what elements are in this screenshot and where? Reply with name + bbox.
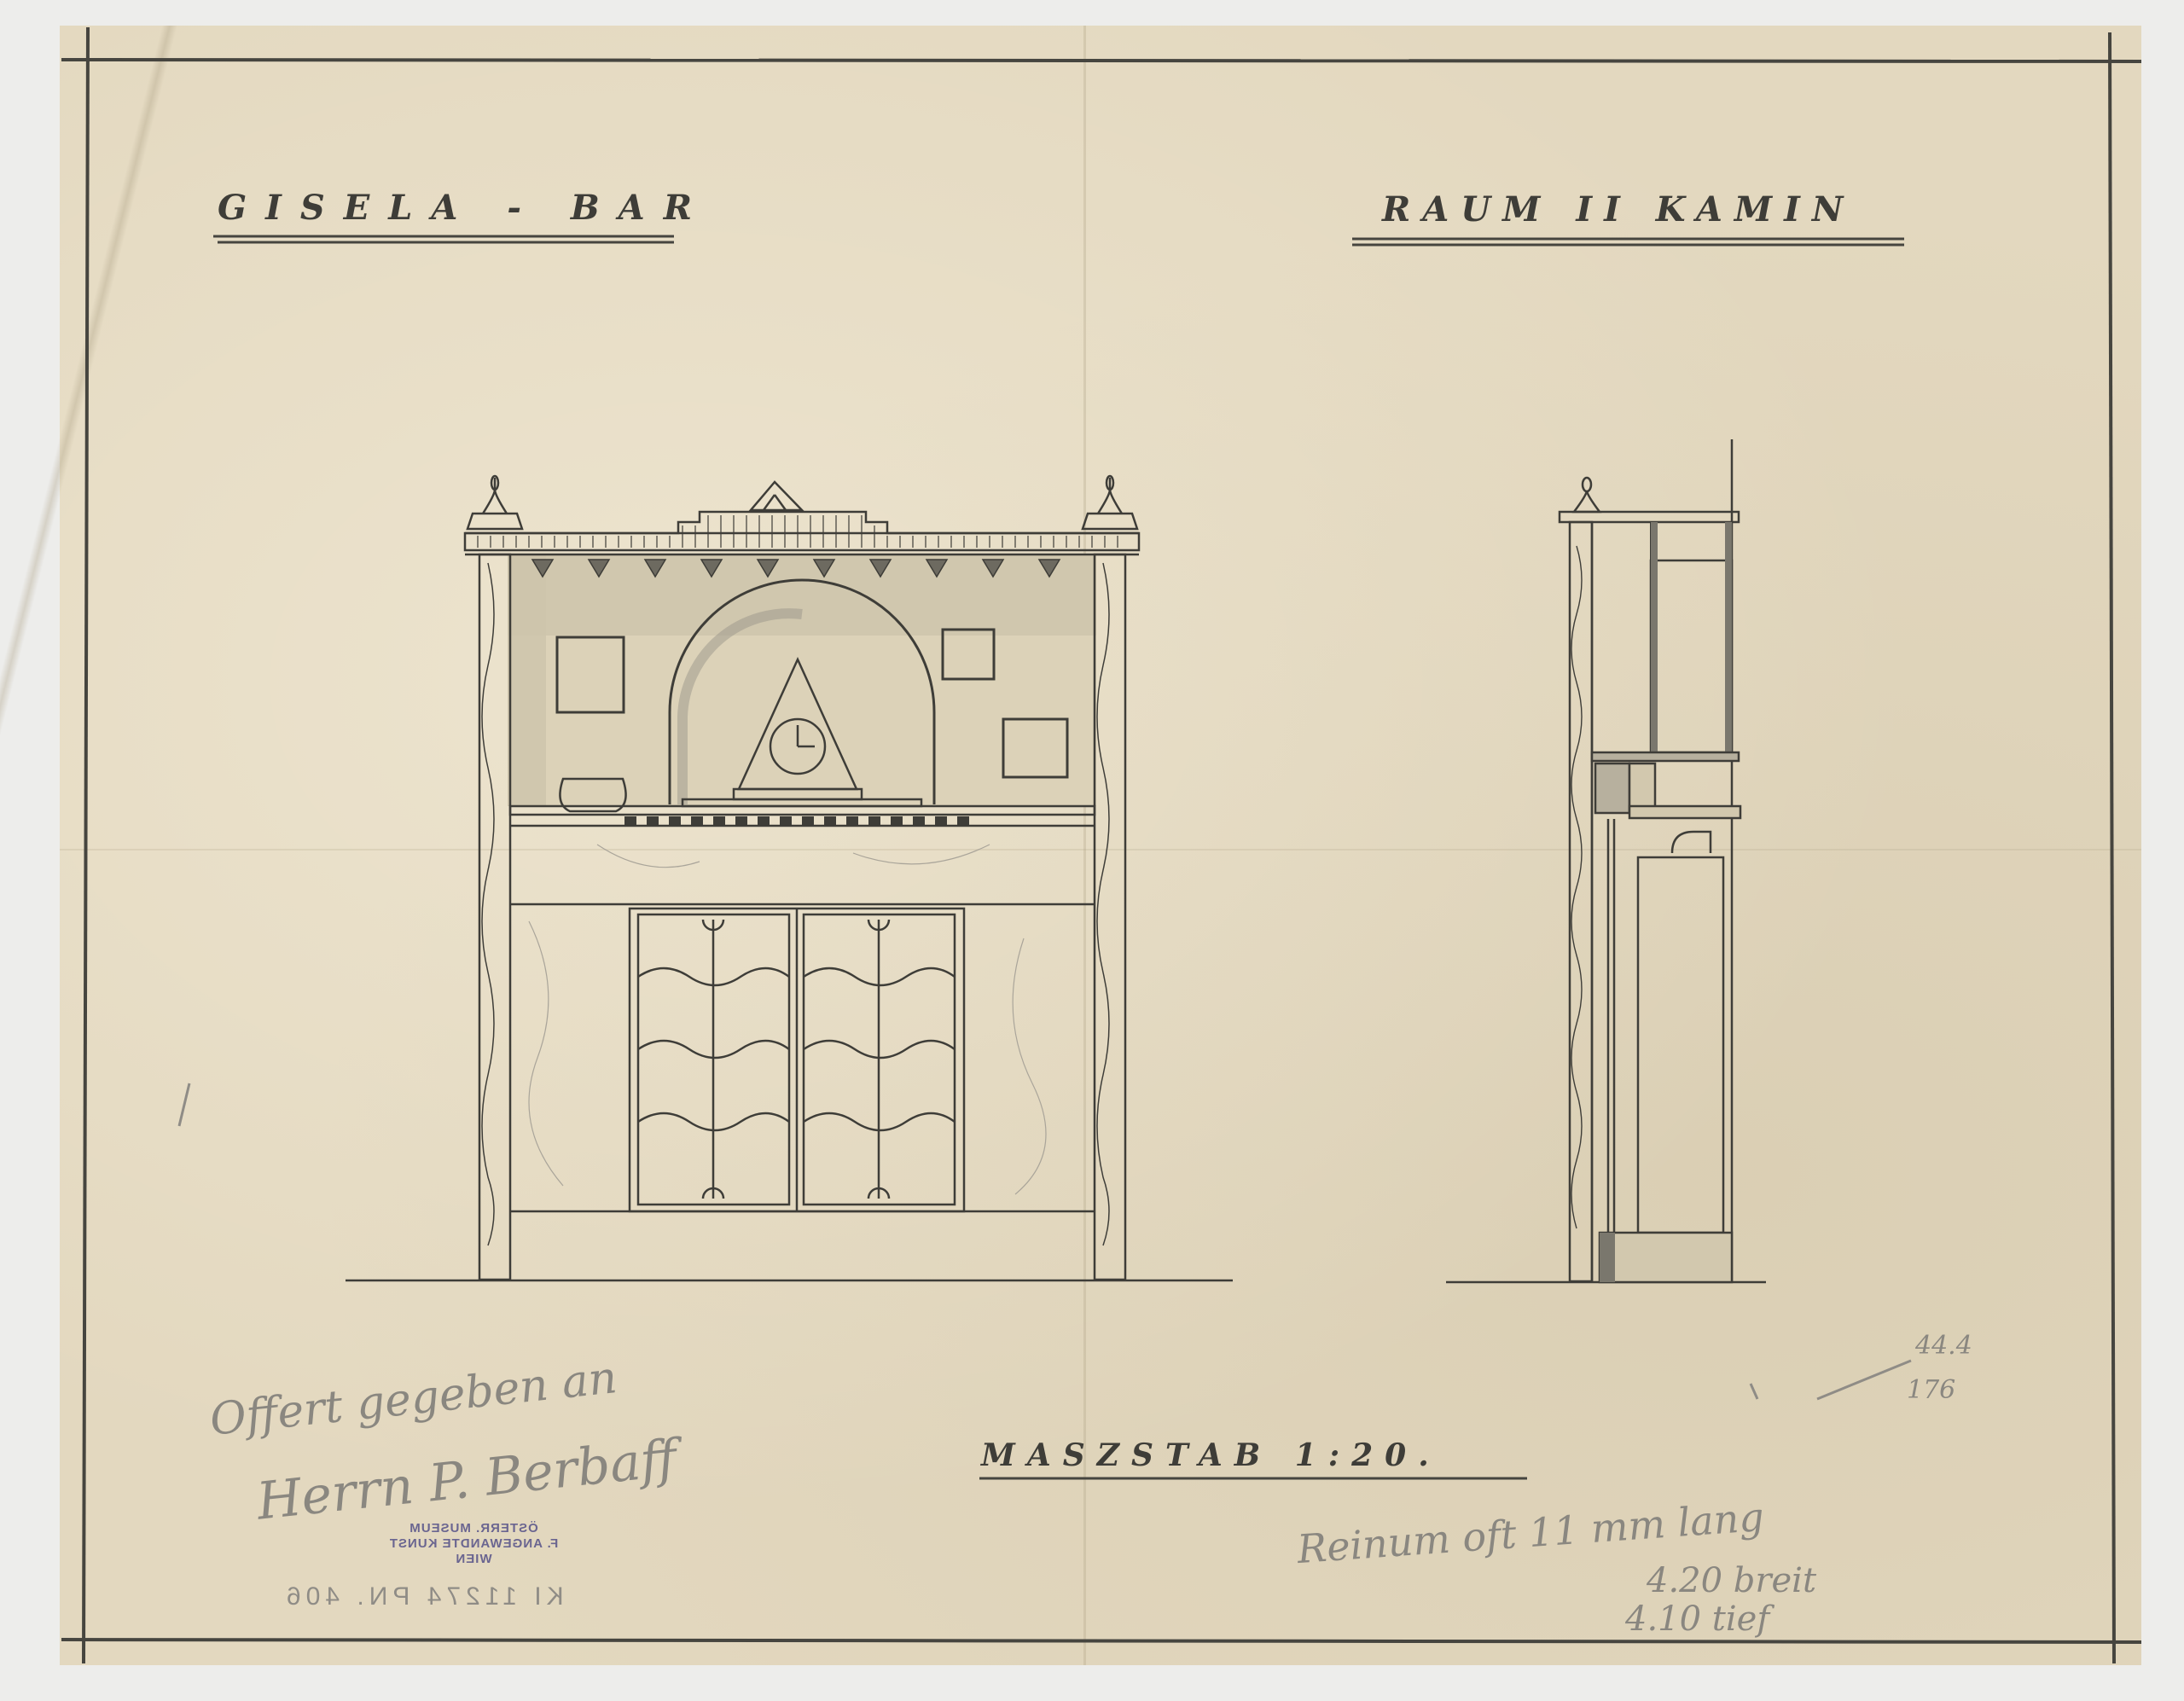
fire-doors <box>630 909 964 1211</box>
handwritten-dimensions-line3: 4.10 tief <box>1625 1599 1769 1639</box>
side-section <box>1446 439 1766 1282</box>
scale-label: MASZSTAB 1:20. <box>981 1437 1441 1473</box>
title-gisela-bar: GISELA - BAR <box>218 188 711 228</box>
handwritten-dimensions-line2: 4.20 breit <box>1647 1561 1816 1600</box>
title-raum-kamin: RAUM II KAMIN <box>1382 189 1855 229</box>
front-elevation <box>346 476 1233 1280</box>
corner-fraction-top: 44.4 <box>1915 1331 1972 1361</box>
corner-fraction-bottom: 176 <box>1907 1375 1955 1405</box>
title-right-underline <box>1352 239 1904 245</box>
title-left-underline <box>213 236 674 242</box>
stamp-line3: WIEN <box>388 1552 559 1567</box>
inventory-number: KI 11274 PN. 406 <box>282 1582 564 1611</box>
checker-band <box>624 816 969 825</box>
museum-stamp: ÖSTERR. MUSEUM F. ANGEWANDTE KUNST WIEN <box>388 1521 559 1567</box>
stamp-line1: ÖSTERR. MUSEUM <box>388 1521 559 1536</box>
stamp-line2: F. ANGEWANDTE KUNST <box>388 1536 559 1552</box>
